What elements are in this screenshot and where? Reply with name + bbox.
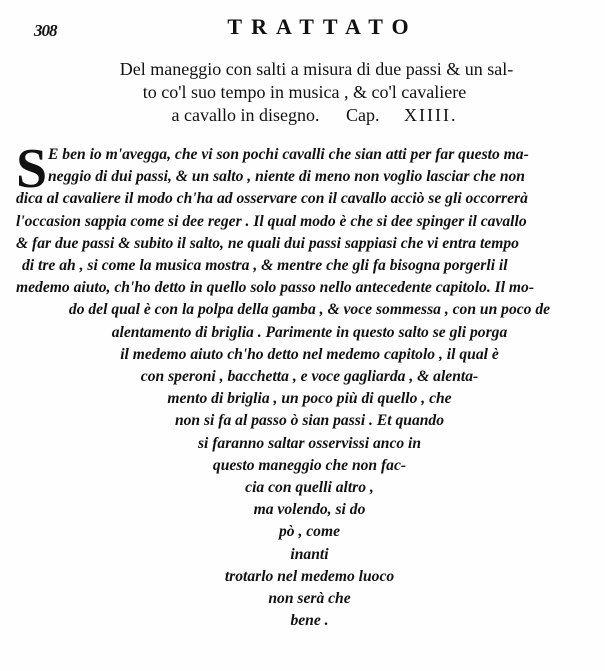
text-line: si faranno saltar osservissi anco in: [0, 433, 605, 455]
chapter-title-line: to co'l suo tempo in musica , & co'l cav…: [0, 81, 605, 104]
text-line: con speroni , bacchetta , e voce gagliar…: [0, 366, 605, 388]
chapter-title: Del maneggio con salti a misura di due p…: [0, 58, 605, 127]
chapter-label: Cap.: [346, 105, 380, 125]
chapter-title-text: a cavallo in disegno.: [172, 105, 320, 125]
text-line: il medemo aiuto ch'ho detto nel medemo c…: [0, 344, 605, 366]
chapter-title-line: a cavallo in disegno. Cap. XIIII.: [0, 104, 605, 127]
book-page: 308 TRATTATO Del maneggio con salti a mi…: [0, 0, 605, 671]
text-line: inanti: [0, 544, 605, 566]
text-line: mento di briglia , un poco più di quello…: [0, 388, 605, 410]
text-line: E ben io m'avegga, che vi son pochi cava…: [0, 144, 605, 166]
body-text: E ben io m'avegga, che vi son pochi cava…: [0, 144, 605, 632]
text-line: l'occasion sappia come si dee reger . Il…: [0, 211, 605, 233]
text-line: questo maneggio che non fac-: [0, 455, 605, 477]
chapter-number: XIIII.: [404, 105, 457, 125]
text-line: neggio di dui passi, & un salto , niente…: [0, 166, 605, 188]
text-line: di tre ah , si come la musica mostra , &…: [0, 255, 605, 277]
text-line: non si fa al passo ò sian passi . Et qua…: [0, 410, 605, 432]
text-line: cia con quelli altro ,: [0, 477, 605, 499]
chapter-title-line: Del maneggio con salti a misura di due p…: [0, 58, 605, 81]
text-line: trotarlo nel medemo luoco: [0, 566, 605, 588]
text-line: pò , come: [0, 521, 605, 543]
text-line: dica al cavaliere il modo ch'ha ad osser…: [0, 188, 605, 210]
text-line: ma volendo, si do: [0, 499, 605, 521]
text-line: bene .: [0, 610, 605, 632]
text-line: & far due passi & subito il salto, ne qu…: [0, 233, 605, 255]
text-line: do del qual è con la polpa della gamba ,…: [0, 299, 605, 321]
text-line: alentamento di briglia . Parimente in qu…: [0, 322, 605, 344]
text-line: medemo aiuto, ch'ho detto in quello solo…: [0, 277, 605, 299]
running-head: TRATTATO: [0, 14, 605, 40]
text-line: non serà che: [0, 588, 605, 610]
